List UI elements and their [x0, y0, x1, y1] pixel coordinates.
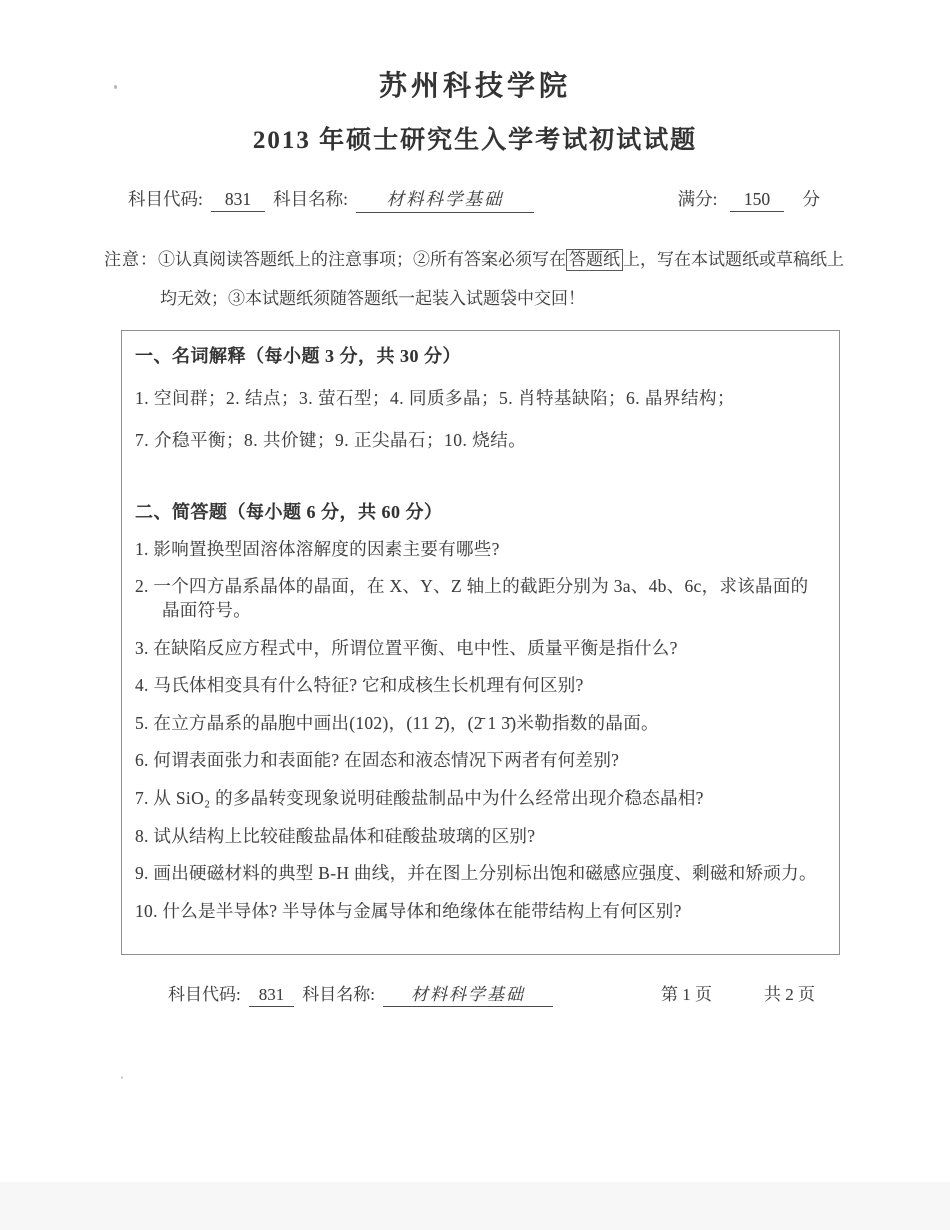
question-7: 7. 从 SiO₂ 的多晶转变现象说明硅酸盐制品中为什么经常出现介稳态晶相? — [135, 787, 825, 811]
exam-title: 2013 年硕士研究生入学考试初试试题 — [0, 120, 950, 156]
exam-notice: 注意：①认真阅读答题纸上的注意事项；②所有答案必须写在答题纸上，写在本试题纸或草… — [104, 247, 878, 313]
question-9: 9. 画出硬磁材料的典型 B-H 曲线，并在图上分别标出饱和磁感应强度、剩磁和矫… — [135, 862, 825, 886]
section-spacer — [135, 452, 825, 498]
footer-name-label: 科目名称: — [302, 980, 375, 1005]
section-one-terms-line-1: 1. 空间群；2. 结点；3. 萤石型；4. 同质多晶；5. 肖特基缺陷；6. … — [135, 385, 825, 410]
total-pages: 共 2 页 — [764, 980, 815, 1005]
notice-text-2: 上，写在本试题纸或草稿纸上 — [623, 250, 844, 269]
footer-name-value: 材料科学基础 — [383, 980, 553, 1007]
subject-line: 科目代码: 831 科目名称: 材料科学基础 满分: 150 分 — [128, 186, 820, 213]
footer-code-label: 科目代码: — [168, 980, 241, 1005]
university-title: 苏州科技学院 — [0, 0, 950, 104]
questions-box: 一、名词解释（每小题 3 分，共 30 分） 1. 空间群；2. 结点；3. 萤… — [121, 330, 840, 955]
notice-label: 注意： — [104, 250, 158, 269]
question-10: 10. 什么是半导体? 半导体与金属导体和绝缘体在能带结构上有何区别? — [135, 900, 825, 924]
notice-text-1: ①认真阅读答题纸上的注意事项；②所有答案必须写在 — [158, 250, 566, 269]
notice-line-2: 均无效；③本试题纸须随答题纸一起装入试题袋中交回！ — [160, 286, 878, 312]
page-number: 第 1 页 — [661, 980, 712, 1005]
scan-speck — [114, 85, 117, 89]
question-3: 3. 在缺陷反应方程式中，所谓位置平衡、电中性、质量平衡是指什么? — [135, 637, 825, 661]
section-one-heading: 一、名词解释（每小题 3 分，共 30 分） — [135, 342, 825, 368]
score-unit-label: 分 — [803, 189, 821, 209]
question-1: 1. 影响置换型固溶体溶解度的因素主要有哪些? — [135, 538, 825, 562]
question-5: 5. 在立方晶系的晶胞中画出(102)，(11 2̄)，(2̄ 1 3̄)米勒指… — [135, 712, 825, 736]
full-score-label: 满分: — [678, 189, 718, 209]
scan-edge-shade — [0, 1182, 950, 1230]
boxed-answer-sheet-term: 答题纸 — [566, 249, 623, 271]
notice-line-1: 注意：①认真阅读答题纸上的注意事项；②所有答案必须写在答题纸上，写在本试题纸或草… — [104, 247, 878, 273]
footer-code-value: 831 — [249, 985, 295, 1007]
page-number-group: 第 1 页 共 2 页 — [661, 980, 815, 1005]
exam-paper-page: 苏州科技学院 2013 年硕士研究生入学考试初试试题 科目代码: 831 科目名… — [0, 0, 950, 1230]
footer: 科目代码: 831 科目名称: 材料科学基础 第 1 页 共 2 页 — [168, 980, 815, 1007]
question-2: 2. 一个四方晶系晶体的晶面，在 X、Y、Z 轴上的截距分别为 3a、4b、6c… — [135, 575, 825, 622]
section-two-heading: 二、简答题（每小题 6 分，共 60 分） — [135, 498, 825, 524]
full-score-value: 150 — [730, 189, 784, 212]
section-one-terms-line-2: 7. 介稳平衡；8. 共价键；9. 正尖晶石；10. 烧结。 — [135, 427, 825, 452]
question-4: 4. 马氏体相变具有什么特征? 它和成核生长机理有何区别? — [135, 674, 825, 698]
scan-speck — [121, 1076, 123, 1079]
question-6: 6. 何谓表面张力和表面能? 在固态和液态情况下两者有何差别? — [135, 749, 825, 773]
subject-code-value: 831 — [211, 189, 265, 212]
subject-code-label: 科目代码: — [128, 186, 203, 211]
full-score-group: 满分: 150 分 — [678, 186, 820, 212]
question-8: 8. 试从结构上比较硅酸盐晶体和硅酸盐玻璃的区别? — [135, 825, 825, 849]
subject-name-label: 科目名称: — [273, 186, 348, 211]
subject-name-value: 材料科学基础 — [356, 186, 534, 213]
